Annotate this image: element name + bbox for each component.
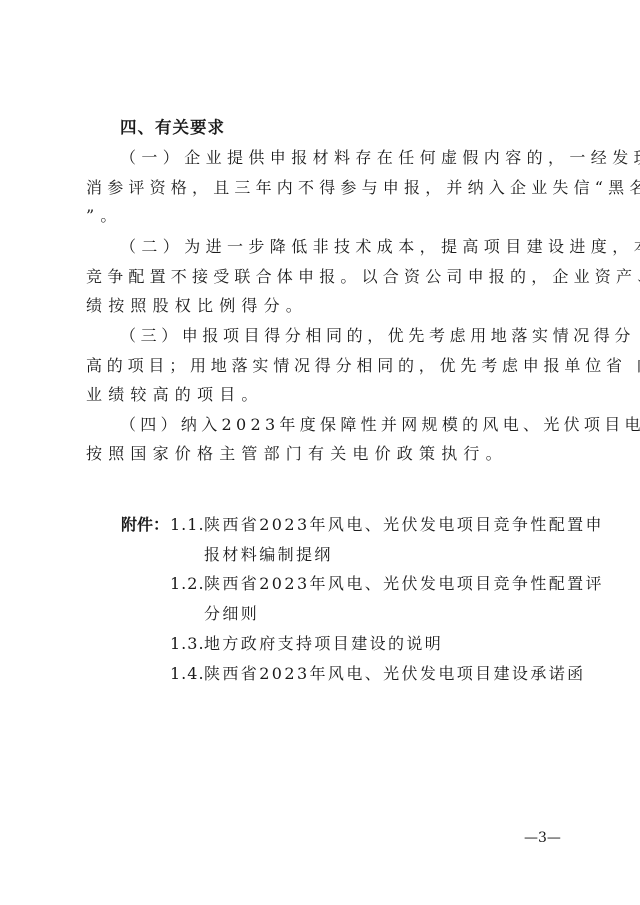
attachment-number: 1.2. — [170, 574, 205, 594]
paragraph-line: 绩按照股权比例得分。 — [86, 296, 308, 316]
paragraph-line: （二）为进一步降低非技术成本，提高项目建设进度，本次 — [120, 237, 640, 257]
paragraph-line: （四）纳入2023年度保障性并网规模的风电、光伏项目电价 — [120, 415, 640, 435]
attachment-title: 陕西省2023年风电、光伏发电项目竞争性配置评 — [204, 574, 604, 594]
section-heading: 四、有关要求 — [120, 118, 225, 138]
paragraph-line: 高的项目；用地落实情况得分相同的，优先考虑申报单位省 内 — [86, 356, 640, 376]
paragraph-line: 按照国家价格主管部门有关电价政策执行。 — [86, 444, 508, 464]
attachment-title: 地方政府支持项目建设的说明 — [204, 634, 443, 654]
attachment-number: 1.1. — [170, 515, 205, 535]
attachment-title: 报材料编制提纲 — [204, 545, 333, 565]
paragraph-line: 竞争配置不接受联合体申报。以合资公司申报的，企业资产、业 — [86, 267, 640, 287]
paragraph-line: 消参评资格，且三年内不得参与申报，并纳入企业失信“黑名单 — [86, 178, 640, 198]
paragraph-line: （三）申报项目得分相同的，优先考虑用地落实情况得分 较 — [120, 326, 640, 346]
page-number: —3— — [524, 830, 561, 846]
paragraph-line: （一）企业提供申报材料存在任何虚假内容的，一经发现取 — [120, 148, 640, 168]
attachments-label: 附件： — [121, 515, 169, 535]
attachment-title: 陕西省2023年风电、光伏发电项目建设承诺函 — [204, 664, 586, 684]
attachment-title: 分细则 — [204, 604, 259, 624]
paragraph-line: ”。 — [86, 206, 123, 226]
document-page: 四、有关要求 （一）企业提供申报材料存在任何虚假内容的，一经发现取 消参评资格，… — [0, 0, 640, 905]
attachment-number: 1.4. — [170, 664, 205, 684]
attachment-title: 陕西省2023年风电、光伏发电项目竞争性配置申 — [204, 515, 604, 535]
paragraph-line: 业绩较高的项目。 — [86, 385, 264, 405]
attachment-number: 1.3. — [170, 634, 205, 654]
